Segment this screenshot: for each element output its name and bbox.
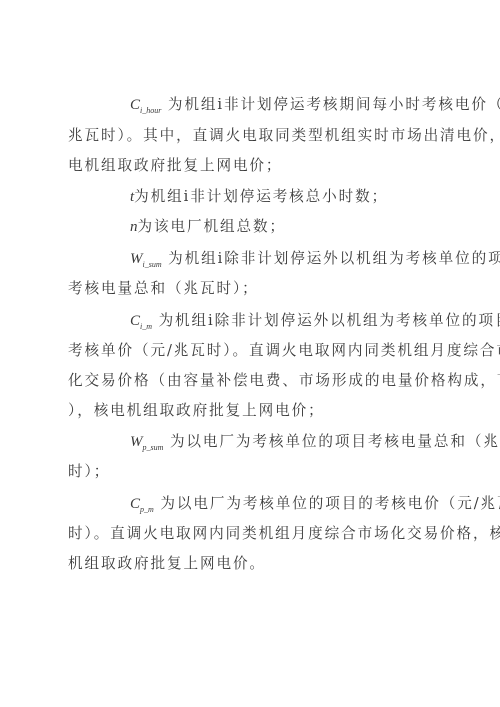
text-line: 化交易价格（由容量补偿电费、市场形成的电量价格构成，下同 <box>68 371 500 391</box>
text-line: 电机组取政府批复上网电价； <box>68 156 282 176</box>
variable: Wp_sum <box>130 434 163 450</box>
definition-c-i-m: Ci_m 为机组i除非计划停运外以机组为考核单位的项目 <box>130 311 500 337</box>
definition-c-i-hour: Ci_hour 为机组i非计划停运考核期间每小时考核电价（元/ <box>130 95 500 121</box>
text-line: 机组取政府批复上网电价。 <box>68 554 266 574</box>
text-line: 为以电厂为考核单位的项目考核电量总和（兆瓦 <box>170 433 500 450</box>
variable: Wi_sum <box>130 251 162 267</box>
text-line: 考核电量总和（兆瓦时）； <box>68 279 259 299</box>
text-line: 为机组i除非计划停运外以机组为考核单位的项目 <box>168 250 500 267</box>
definition-n: n为该电厂机组总数； <box>130 217 286 237</box>
text-line: 时）。直调火电取网内同类机组月度综合市场化交易价格，核电 <box>68 524 500 544</box>
text-line: 为机组i除非计划停运外以机组为考核单位的项目 <box>159 312 500 329</box>
text-line: 为机组i非计划停运考核总小时数； <box>134 188 388 205</box>
variable: Ci_hour <box>130 97 161 113</box>
text-line: 为以电厂为考核单位的项目的考核电价（元/兆瓦 <box>160 495 500 512</box>
definition-w-p-sum: Wp_sum 为以电厂为考核单位的项目考核电量总和（兆瓦 <box>130 432 500 458</box>
text-line: 为机组i非计划停运考核期间每小时考核电价（元/ <box>168 96 500 113</box>
definition-w-i-sum: Wi_sum 为机组i除非计划停运外以机组为考核单位的项目 <box>130 249 500 275</box>
text-line: 时）； <box>68 462 110 482</box>
text-line: 为该电厂机组总数； <box>138 218 286 235</box>
variable: Cp_m <box>130 496 154 512</box>
variable: Ci_m <box>130 313 152 329</box>
text-line: ），核电机组取政府批复上网电价； <box>68 401 325 421</box>
variable: n <box>130 219 138 235</box>
text-line: 兆瓦时）。其中，直调火电取同类型机组实时市场出清电价，核 <box>68 126 500 146</box>
text-line: 考核单价（元/兆瓦时）。直调火电取网内同类机组月度综合市场 <box>68 341 500 361</box>
definition-t: t为机组i非计划停运考核总小时数； <box>130 187 388 207</box>
definition-c-p-m: Cp_m 为以电厂为考核单位的项目的考核电价（元/兆瓦 <box>130 494 500 520</box>
